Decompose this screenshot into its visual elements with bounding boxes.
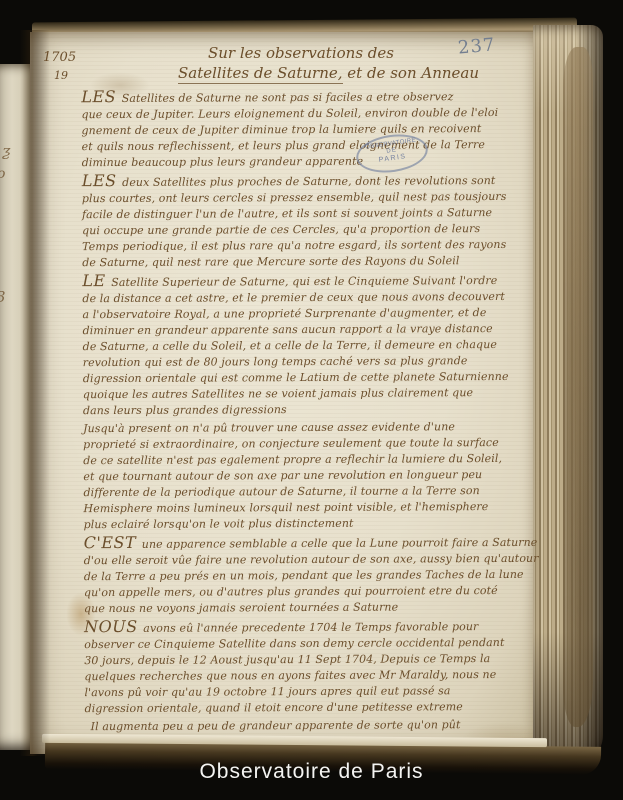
manuscript-line: plus eclairé lorsqu'on le voit plus dist…	[84, 515, 536, 533]
manuscript-paragraph: C'EST une apparence semblable a celle qu…	[84, 533, 536, 617]
manuscript-paragraph: LES deux Satellites plus proches de Satu…	[82, 171, 535, 271]
manuscript-line: LE Satellite Superieur de Saturne, qui e…	[82, 271, 534, 291]
manuscript-line: qu'on appelle mers, ou d'autres plus gra…	[84, 583, 536, 601]
margin-day-note: 19	[54, 69, 68, 82]
manuscript-body: LES Satellites de Saturne ne sont pas si…	[81, 87, 536, 737]
facing-page-text-fragment: ƺ	[2, 142, 10, 160]
manuscript-line: NOUS avons eû l'année precedente 1704 le…	[84, 617, 536, 637]
manuscript-line: Temps periodique, il est plus rare qu'a …	[82, 237, 534, 255]
manuscript-ink-layer: Sur les observations des Satellites de S…	[30, 32, 535, 754]
paragraph-lead-word: C'EST	[84, 533, 142, 552]
manuscript-title-line1: Sur les observations des	[208, 44, 394, 62]
manuscript-title-rest: et de son Anneau	[343, 64, 479, 82]
paragraph-lead-word: LES	[82, 171, 122, 190]
manuscript-line: et quils nous reflechissent, et leurs pl…	[82, 137, 534, 155]
folio-page-number: 237	[457, 34, 496, 58]
manuscript-line: quoique les autres Satellites ne se voie…	[83, 385, 535, 403]
facing-page-text-fragment: o	[0, 166, 5, 182]
book-fore-edge	[533, 25, 603, 765]
manuscript-line: LES deux Satellites plus proches de Satu…	[82, 171, 534, 191]
margin-year-note: 1705	[43, 50, 76, 65]
paragraph-lead-word: LES	[81, 87, 121, 106]
paragraph-lead-word: NOUS	[84, 617, 143, 636]
manuscript-paragraph: Jusqu'à present on n'a pû trouver une ca…	[83, 419, 536, 533]
manuscript-paragraph: LE Satellite Superieur de Saturne, qui e…	[82, 271, 535, 419]
fore-edge-rough-paper	[563, 47, 593, 727]
photo-caption: Observatoire de Paris	[0, 760, 623, 784]
manuscript-line: Il augmenta peu a peu de grandeur appare…	[91, 717, 537, 735]
manuscript-paragraph: NOUS avons eû l'année precedente 1704 le…	[84, 617, 537, 717]
manuscript-title-underlined: Satellites de Saturne,	[178, 64, 343, 84]
manuscript-line: C'EST une apparence semblable a celle qu…	[84, 533, 536, 553]
manuscript-line: digression orientale, quand il etoit enc…	[85, 699, 537, 717]
manuscript-paragraph: LES Satellites de Saturne ne sont pas si…	[81, 87, 533, 171]
facing-page-edge: ƺ o 3	[0, 64, 30, 750]
manuscript-line: dans leurs plus grandes digressions	[83, 401, 535, 419]
manuscript-line: que nous ne voyons jamais seroient tourn…	[84, 599, 536, 617]
manuscript-title-line2: Satellites de Saturne, et de son Anneau	[178, 64, 479, 82]
manuscript-line: diminue beaucoup plus leurs grandeur app…	[82, 153, 534, 171]
manuscript-paragraph: Il augmenta peu a peu de grandeur appare…	[85, 717, 537, 735]
facing-page-text-fragment: 3	[0, 288, 6, 306]
paragraph-lead-word: LE	[82, 271, 111, 290]
manuscript-line: de Saturne, quil nest rare que Mercure s…	[82, 253, 534, 271]
manuscript-line: quelques recherches que nous en ayons fa…	[84, 667, 536, 685]
manuscript-line: LES Satellites de Saturne ne sont pas si…	[81, 87, 533, 107]
manuscript-line: Hemisphere moins lumineux lorsquil nest …	[83, 499, 535, 517]
